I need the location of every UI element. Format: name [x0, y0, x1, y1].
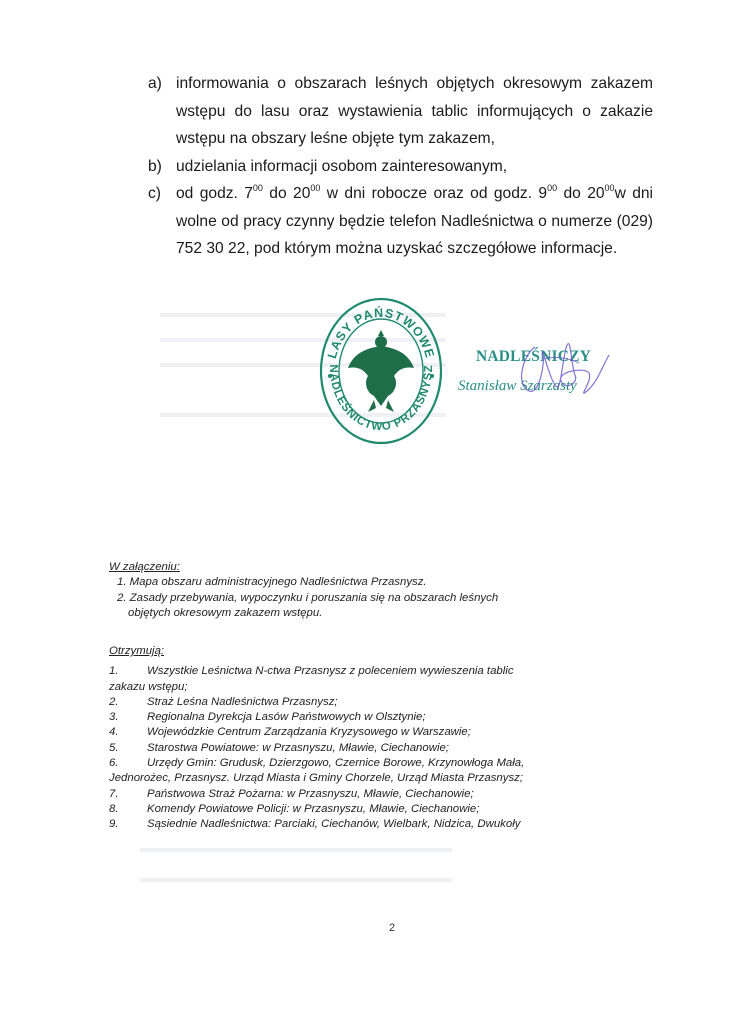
list-label: b) — [148, 153, 162, 181]
recipient-item: 3.Regionalna Dyrekcja Lasów Państwowych … — [109, 710, 529, 725]
recipient-item: 4.Wojewódzkie Centrum Zarządzania Kryzys… — [109, 725, 529, 740]
eagle-emblem-icon — [348, 330, 414, 412]
recipient-item: 2.Straż Leśna Nadleśnictwa Przasnysz; — [109, 695, 529, 710]
bleed-through-text: ▬▬▬▬▬▬▬▬▬▬▬▬▬▬▬▬▬▬▬▬▬▬▬▬ — [140, 840, 452, 855]
recipient-item: 7.Państwowa Straż Pożarna: w Przasnyszu,… — [109, 787, 529, 802]
official-stamp: LASY PAŃSTWOWE NADLEŚNICTWO PRZASNYSZ — [318, 296, 444, 446]
list-text: od godz. 700 do 2000 w dni robocze oraz … — [176, 180, 653, 263]
handwritten-signature — [505, 325, 615, 405]
recipients-section: Otrzymują: 1.Wszystkie Leśnictwa N-ctwa … — [109, 644, 529, 833]
list-label: c) — [148, 180, 161, 208]
attachments-section: W załączeniu: 1. Mapa obszaru administra… — [109, 560, 529, 621]
recipient-item: 9.Sąsiednie Nadleśnictwa: Parciaki, Ciec… — [109, 817, 529, 832]
list-label: a) — [148, 70, 162, 98]
bleed-through-text: ▬▬▬▬▬▬▬▬▬▬▬▬▬▬▬▬▬▬▬▬▬▬▬▬ — [140, 870, 452, 885]
attachment-item: 1. Mapa obszaru administracyjnego Nadleś… — [109, 575, 529, 590]
list-item-b: b) udzielania informacji osobom zaintere… — [148, 153, 653, 181]
list-text: udzielania informacji osobom zainteresow… — [176, 153, 653, 181]
list-item-c: c) od godz. 700 do 2000 w dni robocze or… — [148, 180, 653, 263]
duties-list: a) informowania o obszarach leśnych obję… — [148, 70, 653, 263]
recipients-title: Otrzymują: — [109, 644, 529, 659]
recipient-item: 6.Urzędy Gmin: Grudusk, Dzierzgowo, Czer… — [109, 756, 529, 787]
recipient-item: 1.Wszystkie Leśnictwa N-ctwa Przasnysz z… — [109, 664, 529, 695]
attachments-title: W załączeniu: — [109, 560, 529, 575]
page-number: 2 — [389, 922, 395, 934]
list-text: informowania o obszarach leśnych objętyc… — [176, 70, 653, 153]
recipient-item: 5.Starostwa Powiatowe: w Przasnyszu, Mła… — [109, 741, 529, 756]
list-item-a: a) informowania o obszarach leśnych obję… — [148, 70, 653, 153]
attachment-item: 2. Zasady przebywania, wypoczynku i poru… — [109, 591, 529, 622]
recipient-item: 8.Komendy Powiatowe Policji: w Przasnysz… — [109, 802, 529, 817]
